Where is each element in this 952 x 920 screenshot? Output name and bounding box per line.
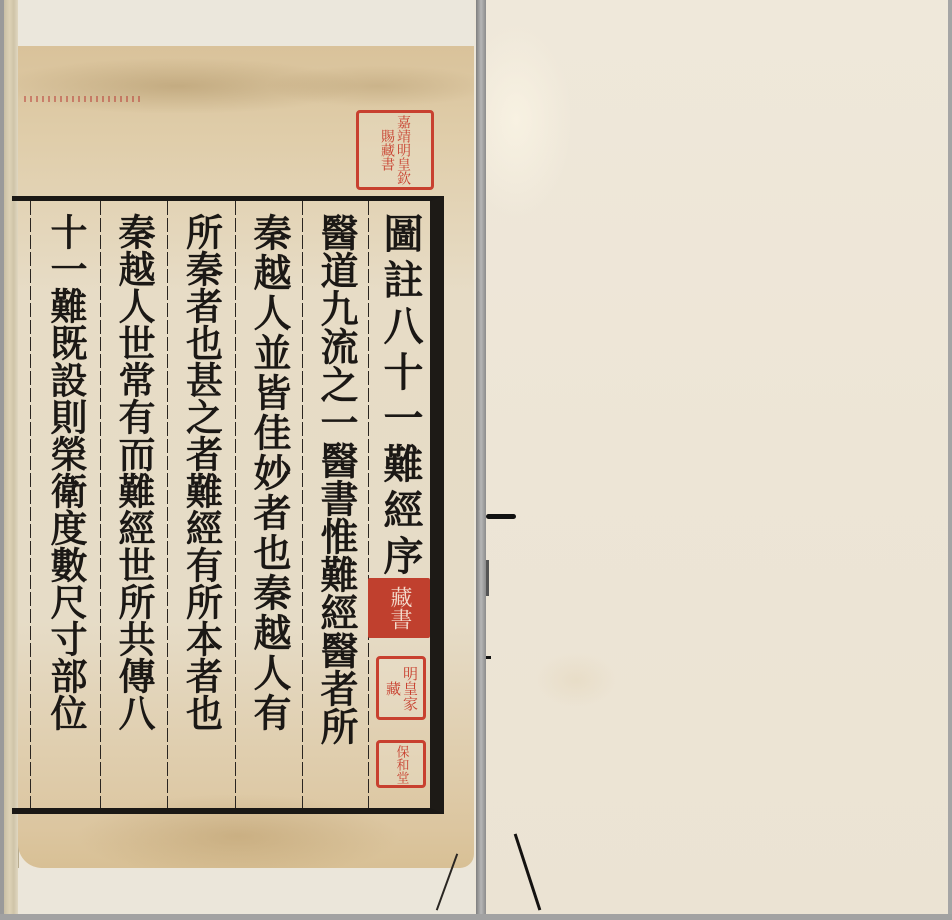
column-text: 秦越人世常有而難經世所共傳八 [104,213,164,731]
preface-title: 圖註八十一難經序 [370,213,430,581]
bottom-margin [18,868,474,916]
column-text: 所秦者也甚之者難經有所本者也 [172,213,232,731]
paper-tear [514,833,542,910]
collector-seal-mid: 明皇家藏 [376,656,426,720]
text-column-2: 秦越人並皆佳妙者也秦越人有 [236,201,302,808]
seal-text: 保和堂 [394,745,409,784]
seal-text: 嘉靖明皇欽賜藏書 [379,113,411,187]
seal-text: 明皇家藏 [384,659,418,717]
column-text: 醫道九流之一醫書惟難經醫者所 [306,213,366,745]
collector-seal-solid: 藏書 [368,578,430,638]
text-column-1: 醫道九流之一醫書惟難經醫者所 [303,201,369,808]
collector-seal-bottom: 保和堂 [376,740,426,788]
text-column-3: 所秦者也甚之者難經有所本者也 [168,201,235,808]
right-page-blank [486,0,948,914]
page-gutter [476,0,486,920]
text-column-5: 十一難既設則榮衛度數尺寸部位 [31,201,101,808]
seal-text: 藏書 [386,586,412,630]
printed-text-frame: 圖註八十一難經序 醫道九流之一醫書惟難經醫者所 秦越人並皆佳妙者也秦越人有 所秦… [12,196,444,814]
ink-bleed-mark [486,514,516,519]
right-edge [948,0,952,920]
bottom-edge [0,914,952,920]
column-text: 十一難既設則榮衛度數尺寸部位 [36,213,96,731]
top-margin [18,0,474,46]
red-speckle-marks [24,96,144,102]
collector-seal-top: 嘉靖明皇欽賜藏書 [356,110,434,190]
ink-bleed-mark [486,656,491,659]
left-page: 嘉靖明皇欽賜藏書 圖註八十一難經序 醫道九流之一醫書惟難經醫者所 秦越人並皆佳妙… [4,0,476,916]
book-spread: 嘉靖明皇欽賜藏書 圖註八十一難經序 醫道九流之一醫書惟難經醫者所 秦越人並皆佳妙… [0,0,952,920]
ink-bleed-mark [486,560,489,596]
column-text: 秦越人並皆佳妙者也秦越人有 [239,213,299,733]
text-column-4: 秦越人世常有而難經世所共傳八 [101,201,167,808]
